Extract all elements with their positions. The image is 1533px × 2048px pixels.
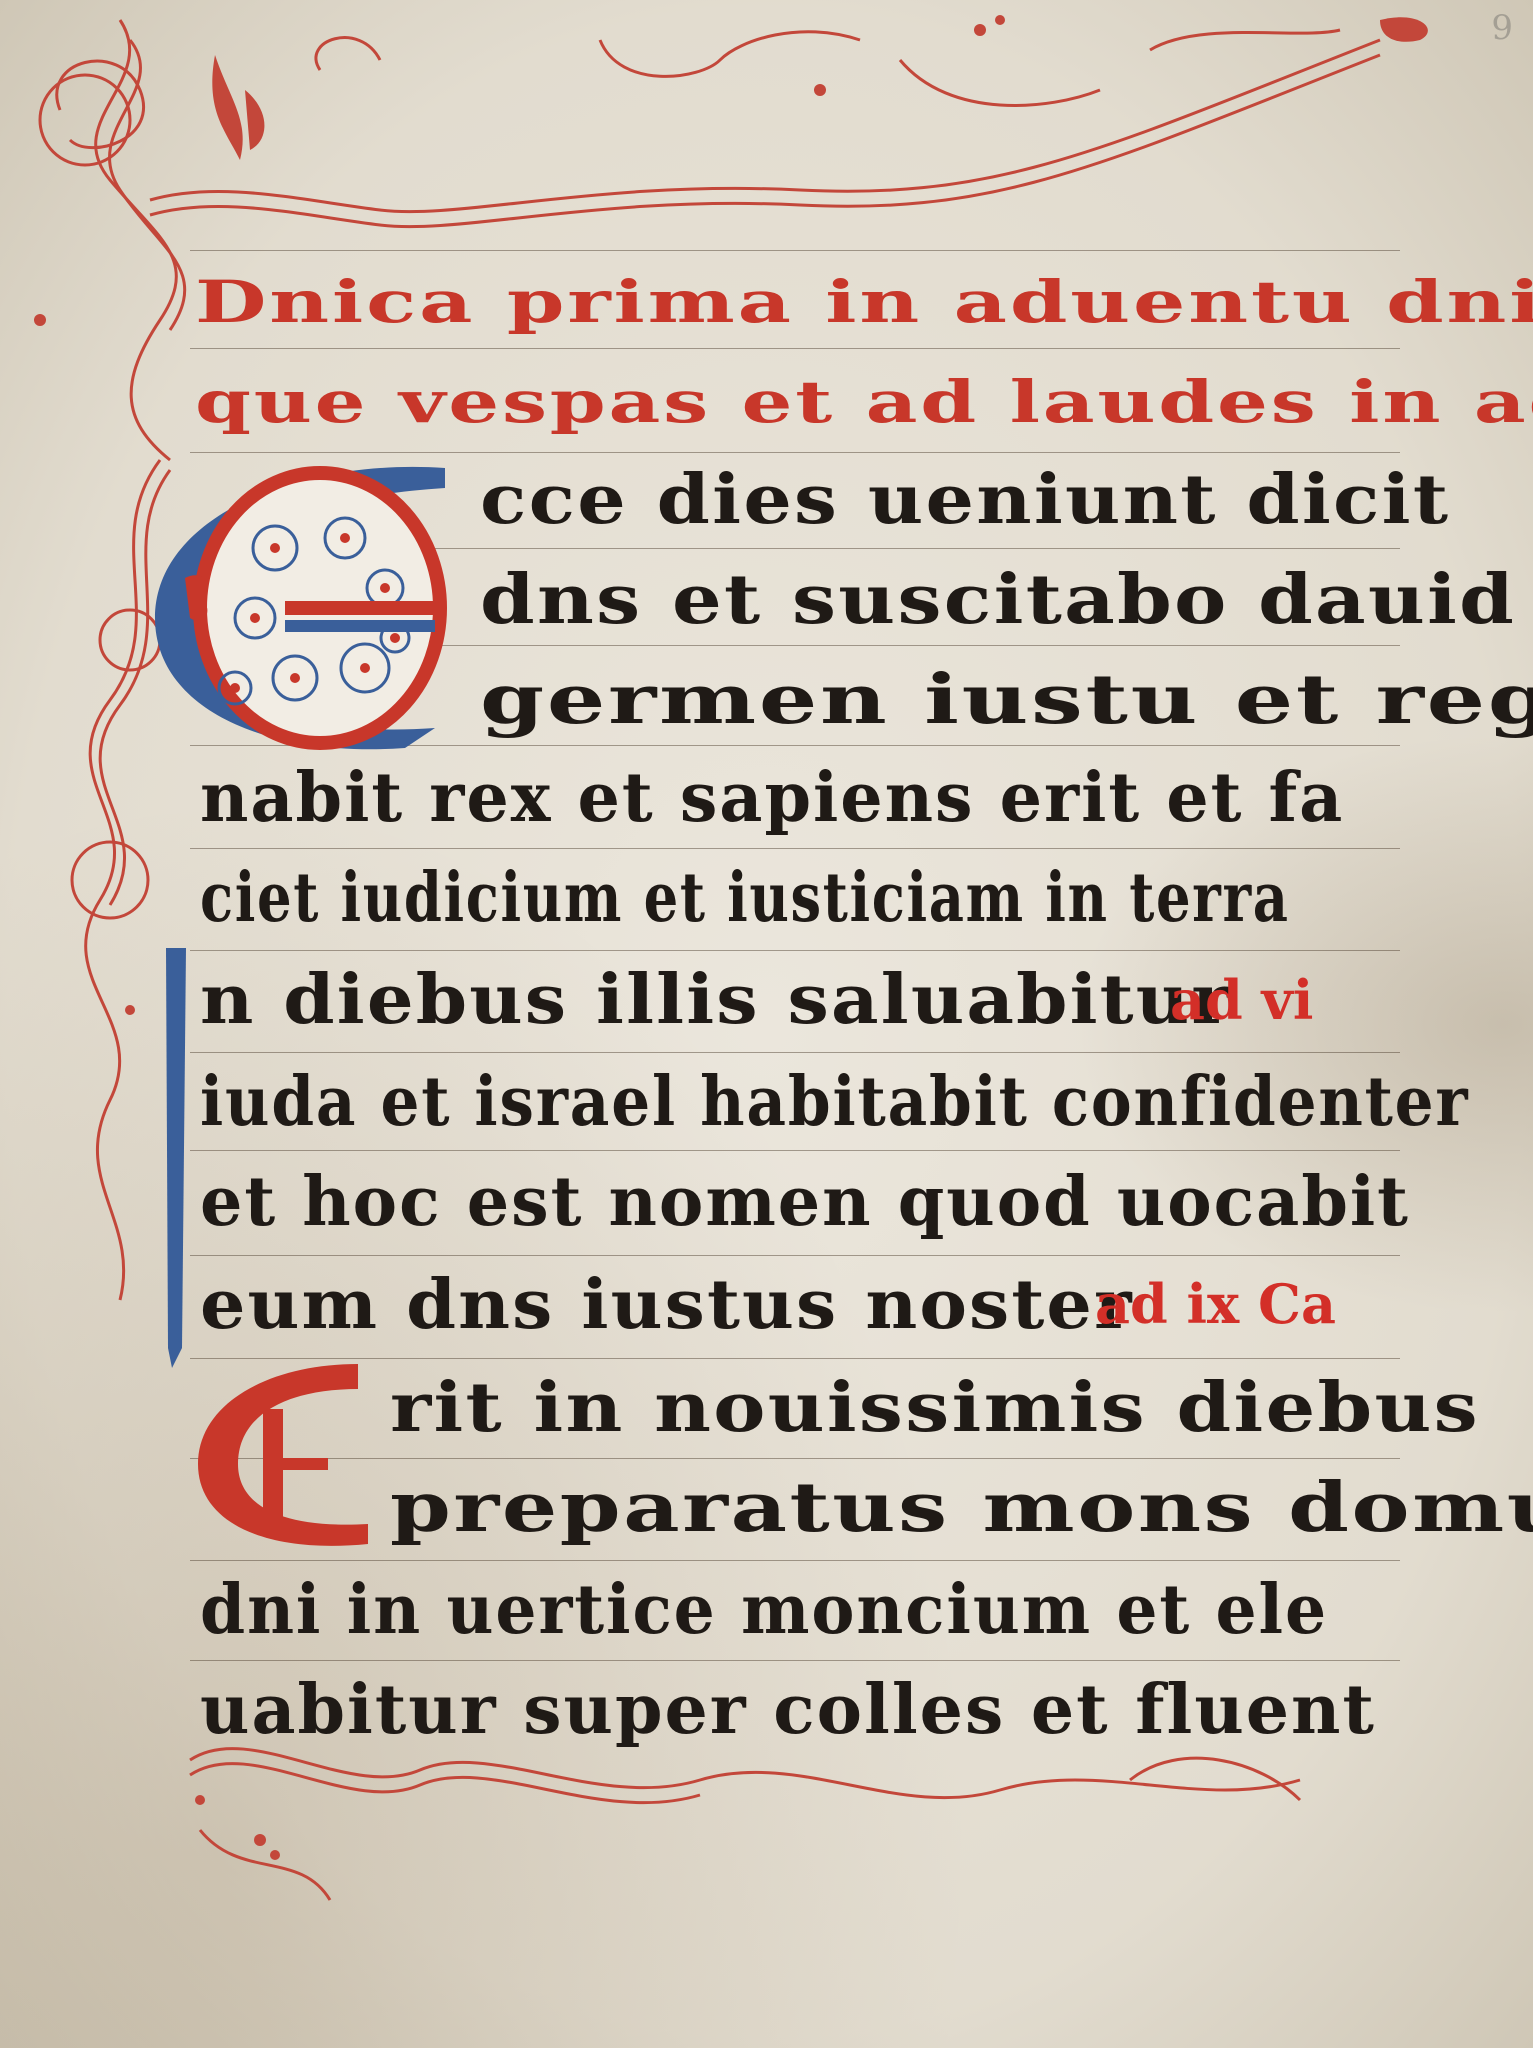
ruling-line [190,452,1400,453]
rubric-line-1: Dnica prima in aduentu dni ad utras [195,268,1533,336]
text-line-2: dns et suscitabo dauid [480,560,1516,640]
rubric-line-2: que vespas et ad laudes in adtina Cap [195,368,1533,436]
initial-e-red-icon [188,1354,388,1554]
folio-number: 9 [1491,8,1513,48]
text-line-7: iuda et israel habitabit confidenter [200,1062,1469,1142]
ruling-line [190,348,1400,349]
text-line-5: ciet iudicium et iusticiam in terra [200,858,1290,938]
text-line-9: eum dns iustus noster [200,1265,1134,1345]
initial-i-icon [160,948,190,1368]
text-line-10: rit in nouissimis diebus [390,1368,1480,1448]
text-line-12: dni in uertice moncium et ele [200,1570,1328,1650]
text-line-13: uabitur super colles et fluent [200,1670,1376,1750]
ruling-line [190,848,1400,849]
ruling-line [190,1255,1400,1256]
ruling-line [190,1150,1400,1151]
ruling-line [190,1660,1400,1661]
ruling-line [190,250,1400,251]
marginal-cue-1: ad vi [1170,968,1313,1032]
manuscript-page: 9 Dnica prima in aduentu dni ad utras qu… [0,0,1533,2048]
ruling-line [190,1052,1400,1053]
text-line-8: et hoc est nomen quod uocabit [200,1162,1410,1242]
marginal-cue-2: ad ix Ca [1095,1272,1336,1336]
text-line-6: n diebus illis saluabitur [200,960,1232,1040]
text-line-4: nabit rex et sapiens erit et fa [200,758,1344,838]
illuminated-initial-e-icon [145,458,475,758]
text-line-1: cce dies ueniunt dicit [480,460,1450,540]
ruling-line [190,1560,1400,1561]
ruling-line [190,950,1400,951]
text-line-3: germen iustu et reg [480,660,1533,740]
text-line-11: preparatus mons domus [390,1468,1533,1548]
